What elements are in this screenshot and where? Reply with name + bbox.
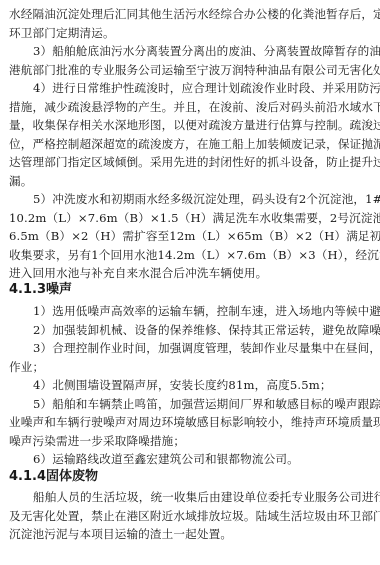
document-page: 水经隔油沉淀处理后汇同其他生活污水经综合办公楼的化粪池暂存后，定期委托当地环卫部… (0, 0, 380, 565)
paragraph-line: 噪声污染需进一步采取降噪措施； (9, 434, 371, 448)
paragraph-line: 10.2m（L）×7.6m（B）×1.5（H）满足洗车水收集需要，2号沉淀池尺寸… (9, 211, 371, 225)
paragraph-line: 沉淀池污泥与本项目运输的渣土一起处置。 (9, 527, 371, 541)
paragraph-line: 措施，减少疏浚悬浮物的产生。并且，在浚前、浚后对码头前沿水域水下地形进行测 (9, 100, 371, 114)
section-heading-noise: 4.1.3噪声 (9, 282, 72, 298)
paragraph-line: 达管理部门指定区域倾倒。采用先进的封闭性好的抓斗设备，防止提升过程中产生泄 (9, 155, 371, 169)
paragraph-line: 港航部门批准的专业服务公司运输至宁波万润特种油品有限公司无害化处置。 (9, 63, 371, 77)
paragraph-line: 水经隔油沉淀处理后汇同其他生活污水经综合办公楼的化粪池暂存后，定期委托当地 (9, 7, 371, 21)
paragraph-line: 3）合理控制作业时间，加强调度管理，装卸作业尽量集中在昼间，夜间避免凌晨 (33, 341, 371, 355)
paragraph-line: 5）船舶和车辆禁止鸣笛，加强营运期间厂界和敏感目标的噪声跟踪监测，确保作 (33, 397, 371, 411)
paragraph-line: 2）加强装卸机械、设备的保养维修、保持其正常运转，避免故障噪声； (33, 323, 371, 337)
paragraph-line: 1）选用低噪声高效率的运输车辆，控制车速，进入场地内等候中避免怠速运行； (33, 304, 371, 318)
paragraph-line: 4）进行日常维护性疏浚时，应合理计划疏浚作业时段、并采用防污帘和沉降剂等 (33, 81, 371, 95)
paragraph-line: 收集要求，另有1个回用水池14.2m（L）×7.6m（B）×3（H），经沉淀后的… (9, 248, 371, 262)
paragraph-line: 位，严格控制超深超宽的疏浚废方，在施工船上加装倾废记录，保证抛泥按照要求到 (9, 137, 371, 151)
paragraph-line: 6）运输路线改道至鑫宏建筑公司和银都物流公司。 (33, 452, 371, 466)
paragraph-line: 作业； (9, 360, 371, 374)
paragraph-line: 进入回用水池与补充自来水混合后冲洗车辆使用。 (9, 266, 371, 280)
paragraph-line: 量，收集保存相关水深地形图，以便对疏浚方量进行估算与控制。疏浚过程中精确定 (9, 118, 371, 132)
paragraph-line: 漏。 (9, 174, 371, 188)
paragraph-line: 业噪声和车辆行驶噪声对周边环境敏感目标影响较小，维持声环境质量现状；若发生 (9, 415, 371, 429)
paragraph-line: 船舶人员的生活垃圾，统一收集后由建设单位委托专业服务公司进行接收、转移 (33, 490, 371, 504)
paragraph-line: 及无害化处置，禁止在港区附近水域排放垃圾。陆域生活垃圾由环卫部门清运处置。 (9, 509, 371, 523)
paragraph-line: 5）冲洗废水和初期雨水经多级沉淀处理，码头设有2个沉淀池，1#沉淀池尺寸为 (33, 192, 371, 206)
paragraph-line: 3）船舶舱底油污水分离装置分离出的废油、分离装置故障暂存的油污水等，均由 (33, 44, 371, 58)
paragraph-line: 4）北侧围墙设置隔声屏，安装长度约81m，高度5.5m； (33, 378, 371, 392)
paragraph-line: 6.5m（B）×2（H）需扩容至12m（L）×65m（B）×2（H）满足初期雨水… (9, 229, 371, 243)
section-heading-solid-waste: 4.1.4固体废物 (9, 469, 98, 485)
paragraph-line: 环卫部门定期清运。 (9, 26, 371, 40)
